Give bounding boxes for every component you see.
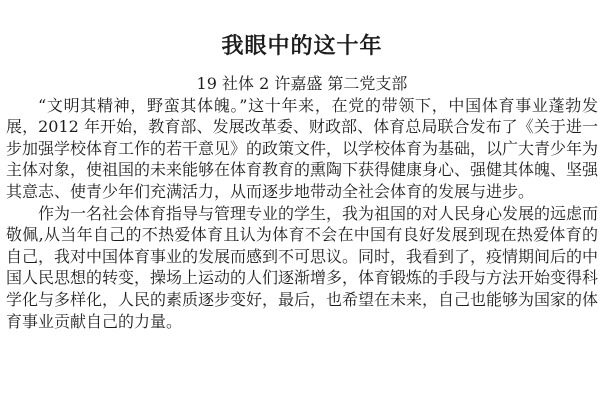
paragraph-2: 作为一名社会体育指导与管理专业的学生，我为祖国的对人民身心发展的远虑而敬佩,从当…: [6, 203, 598, 333]
paragraph-1: “文明其精神，野蛮其体魄。”这十年来，在党的带领下，中国体育事业蓬勃发展，201…: [6, 95, 598, 203]
document-byline: 19 社体 2 许嘉盛 第二党支部: [6, 73, 598, 95]
document-page: 我眼中的这十年 19 社体 2 许嘉盛 第二党支部 “文明其精神，野蛮其体魄。”…: [0, 0, 604, 396]
document-title: 我眼中的这十年: [6, 32, 598, 60]
